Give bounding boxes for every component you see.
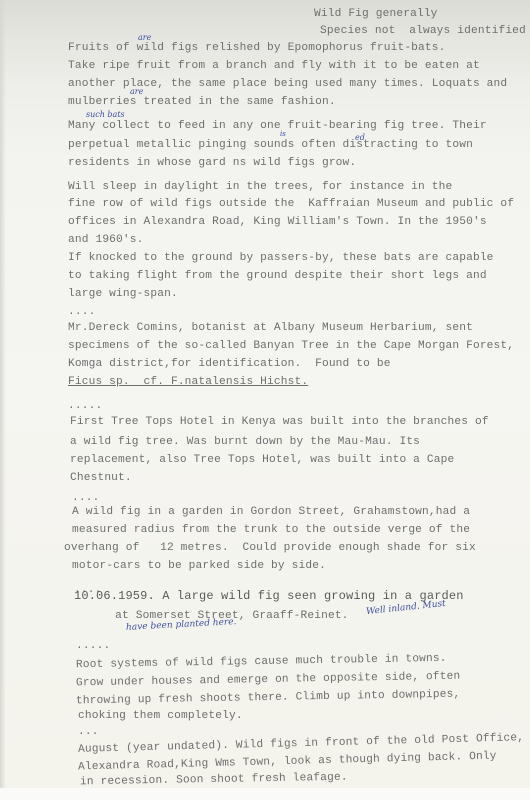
handwritten-annotation: are xyxy=(138,33,151,42)
handwritten-annotation: are xyxy=(130,87,143,96)
paragraph-line: Many collect to feed in any one fruit-be… xyxy=(68,120,487,133)
paragraph-line: Take ripe fruit from a branch and fly wi… xyxy=(68,60,480,73)
paragraph-line: 10.06.1959. A large wild fig seen growin… xyxy=(74,590,464,603)
handwritten-annotation: is xyxy=(280,130,286,138)
paragraph-line: Chestnut. xyxy=(70,472,132,485)
document-subheading: Species not always identified xyxy=(320,25,526,38)
paragraph-line: overhang of 12 metres. Could provide eno… xyxy=(64,542,476,555)
document-heading: Wild Fig generally xyxy=(314,8,438,21)
separator-dots: ..... xyxy=(68,400,102,413)
paragraph-line: choking them completely. xyxy=(78,710,243,723)
paragraph-line: Fruits of wild figs relished by Epomopho… xyxy=(68,42,446,55)
paragraph-line: Komga district,for identification. Found… xyxy=(68,358,391,371)
paragraph-line: and 1960's. xyxy=(68,234,144,247)
paragraph-line: Mr.Dereck Comins, botanist at Albany Mus… xyxy=(68,322,473,335)
separator-dots: ... xyxy=(78,726,99,739)
paragraph-line: fine row of wild figs outside the Kaffra… xyxy=(68,198,514,211)
paragraph-line: Grow under houses and emerge on the oppo… xyxy=(76,671,461,691)
separator-dots: .... xyxy=(68,306,95,319)
paragraph-line: Root systems of wild figs cause much tro… xyxy=(76,653,447,672)
paragraph-line: a wild fig tree. Was burnt down by the M… xyxy=(70,436,420,449)
paragraph-line: in recession. Soon shoot fresh leafage. xyxy=(80,772,348,790)
paragraph-line: Will sleep in daylight in the trees, for… xyxy=(68,181,452,194)
paragraph-line: First Tree Tops Hotel in Kenya was built… xyxy=(70,416,489,429)
paragraph-line: perpetual metallic pinging sounds often … xyxy=(68,139,473,152)
document-page: Wild Fig generally Species not always id… xyxy=(0,0,530,788)
handwritten-annotation: ed xyxy=(355,133,365,142)
page-bottom-edge xyxy=(0,788,530,800)
paragraph-line: motor-cars to be parked side by side. xyxy=(72,560,326,573)
paragraph-line: replacement, also Tree Tops Hotel, was b… xyxy=(70,454,454,467)
paragraph-line: offices in Alexandra Road, King William'… xyxy=(68,216,487,229)
paragraph-line: throwing up fresh shoots there. Climb up… xyxy=(76,689,461,709)
paragraph-line: large wing-span. xyxy=(68,288,178,301)
handwritten-annotation: such bats xyxy=(86,110,125,119)
paragraph-line: specimens of the so-called Banyan Tree i… xyxy=(68,340,514,353)
paragraph-line: residents in whose gard ns wild figs gro… xyxy=(68,157,356,170)
paragraph-line: measured radius from the trunk to the ou… xyxy=(72,524,470,537)
paragraph-line: to taking flight from the ground despite… xyxy=(68,270,487,283)
paragraph-line: A wild fig in a garden in Gordon Street,… xyxy=(72,506,470,519)
separator-dots: ..... xyxy=(76,640,110,653)
paragraph-line: If knocked to the ground by passers-by, … xyxy=(68,252,494,265)
separator-dots: .... xyxy=(72,492,99,505)
paragraph-line: Ficus sp. cf. F.natalensis Hichst. xyxy=(68,376,308,389)
paragraph-line: mulberries treated in the same fashion. xyxy=(68,96,336,109)
